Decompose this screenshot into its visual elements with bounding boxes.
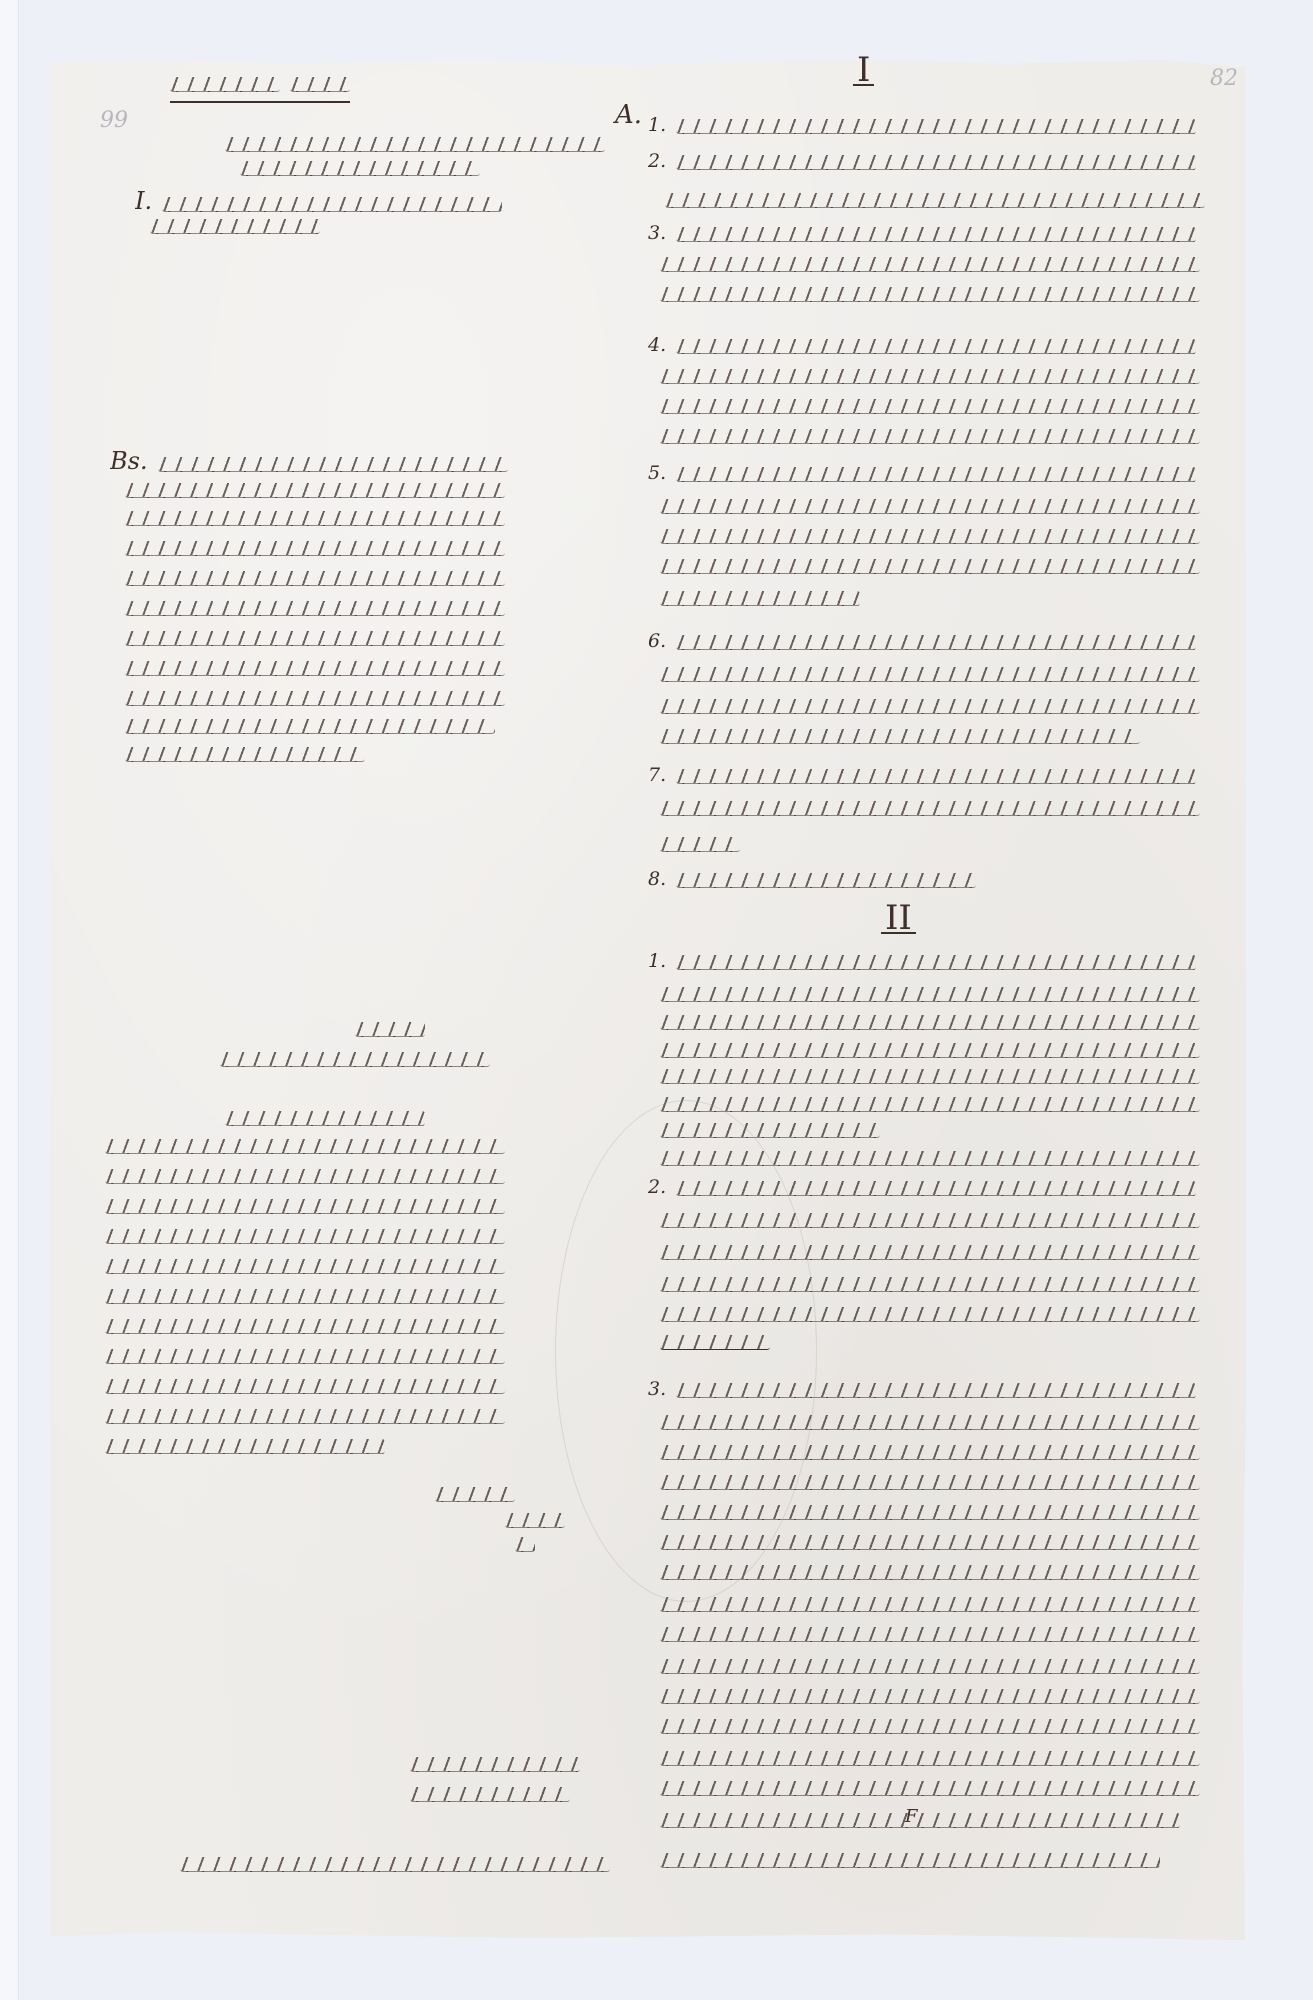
list-item: 2. xyxy=(648,148,1228,174)
section-i-note-line: I. xyxy=(135,188,525,214)
list-item: 7. xyxy=(648,762,1228,788)
marker-a: A. xyxy=(615,102,642,128)
folio-number-faint: 99 xyxy=(100,108,128,133)
paper-fold-mark xyxy=(555,1100,817,1602)
folio-number: 82 xyxy=(1210,66,1238,91)
middle-note-heading-small xyxy=(355,1015,445,1041)
top-note-line xyxy=(240,154,500,180)
list-item: 1. xyxy=(648,112,1228,138)
top-note-line xyxy=(225,130,615,156)
middle-note-heading xyxy=(220,1045,520,1071)
bottom-note-line xyxy=(410,1750,590,1776)
list-item: 1. xyxy=(648,948,1228,974)
list-item: 6. xyxy=(648,628,1228,654)
list-item: 4. xyxy=(648,332,1228,358)
section-i-note-line xyxy=(150,212,350,238)
list-item: 8. xyxy=(648,866,1048,892)
list-item: 3. xyxy=(648,220,1228,246)
end-marker-f: F xyxy=(905,1804,918,1830)
list-item: 5. xyxy=(648,460,1228,486)
bottom-note-line xyxy=(410,1780,590,1806)
section-numeral-ii: II xyxy=(885,898,912,938)
page-title xyxy=(170,66,350,103)
footnote xyxy=(180,1850,620,1876)
scan-background-strip xyxy=(0,0,19,2000)
section-numeral-i: I xyxy=(857,50,870,90)
